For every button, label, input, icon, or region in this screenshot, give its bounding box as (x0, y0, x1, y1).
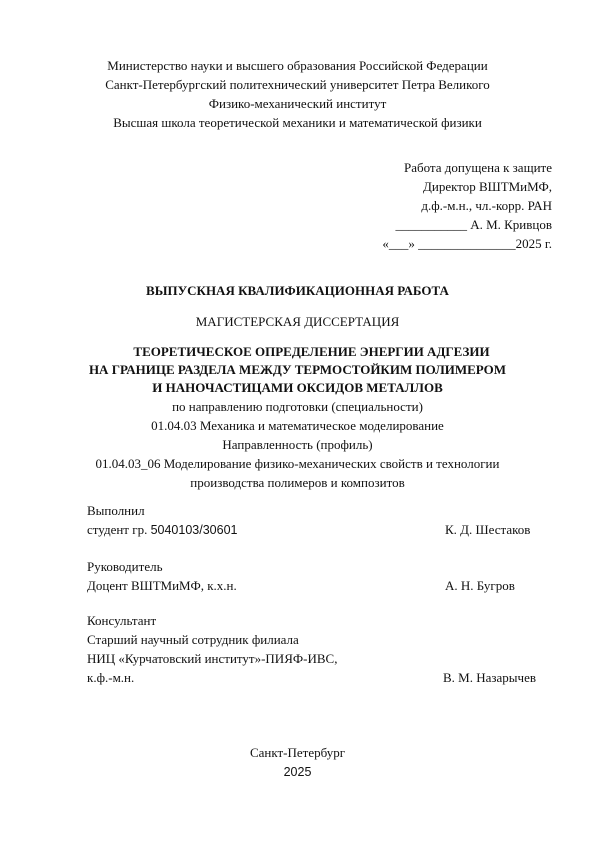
supervisor-role: Руководитель (87, 559, 163, 575)
thesis-title-line-1: ТЕОРЕТИЧЕСКОЕ ОПРЕДЕЛЕНИЕ ЭНЕРГИИ АДГЕЗИ… (0, 344, 595, 360)
direction-label: по направлению подготовки (специальности… (0, 399, 595, 415)
performer-position-prefix: студент гр. (87, 522, 151, 537)
consultant-position-line-2: НИЦ «Курчатовский институт»-ПИЯФ-ИВС, (87, 651, 337, 667)
thesis-title-line-2: НА ГРАНИЦЕ РАЗДЕЛА МЕЖДУ ТЕРМОСТОЙКИМ ПО… (0, 362, 595, 378)
approval-date: «___» _______________2025 г. (382, 236, 552, 252)
institute-name: Физико-механический институт (0, 96, 595, 112)
performer-group: 5040103/30601 (151, 523, 238, 537)
approval-degree: д.ф.-м.н., чл.-корр. РАН (421, 198, 552, 214)
profile-value-line-2: производства полимеров и композитов (0, 475, 595, 491)
consultant-name: В. М. Назарычев (443, 670, 536, 686)
approval-line-1: Работа допущена к защите (404, 160, 552, 176)
degree-type: МАГИСТЕРСКАЯ ДИССЕРТАЦИЯ (0, 314, 595, 330)
performer-name: К. Д. Шестаков (445, 522, 530, 538)
footer-city: Санкт-Петербург (0, 745, 595, 761)
performer-role: Выполнил (87, 503, 145, 519)
performer-position: студент гр. 5040103/30601 (87, 522, 237, 538)
consultant-position-line-1: Старший научный сотрудник филиала (87, 632, 299, 648)
approval-signature: ___________ А. М. Кривцов (395, 217, 552, 233)
university-name: Санкт-Петербургский политехнический унив… (0, 77, 595, 93)
footer-year: 2025 (0, 764, 595, 780)
supervisor-name: А. Н. Бугров (445, 578, 515, 594)
work-type: ВЫПУСКНАЯ КВАЛИФИКАЦИОННАЯ РАБОТА (0, 283, 595, 299)
thesis-title-line-3: И НАНОЧАСТИЦАМИ ОКСИДОВ МЕТАЛЛОВ (0, 380, 595, 396)
ministry-name: Министерство науки и высшего образования… (0, 58, 595, 74)
profile-value-line-1: 01.04.03_06 Моделирование физико-механич… (0, 456, 595, 472)
supervisor-position: Доцент ВШТМиМФ, к.х.н. (87, 578, 237, 594)
consultant-role: Консультант (87, 613, 156, 629)
direction-value: 01.04.03 Механика и математическое модел… (0, 418, 595, 434)
profile-label: Направленность (профиль) (0, 437, 595, 453)
approval-director: Директор ВШТМиМФ, (423, 179, 552, 195)
consultant-position-line-3: к.ф.-м.н. (87, 670, 134, 686)
school-name: Высшая школа теоретической механики и ма… (0, 115, 595, 131)
